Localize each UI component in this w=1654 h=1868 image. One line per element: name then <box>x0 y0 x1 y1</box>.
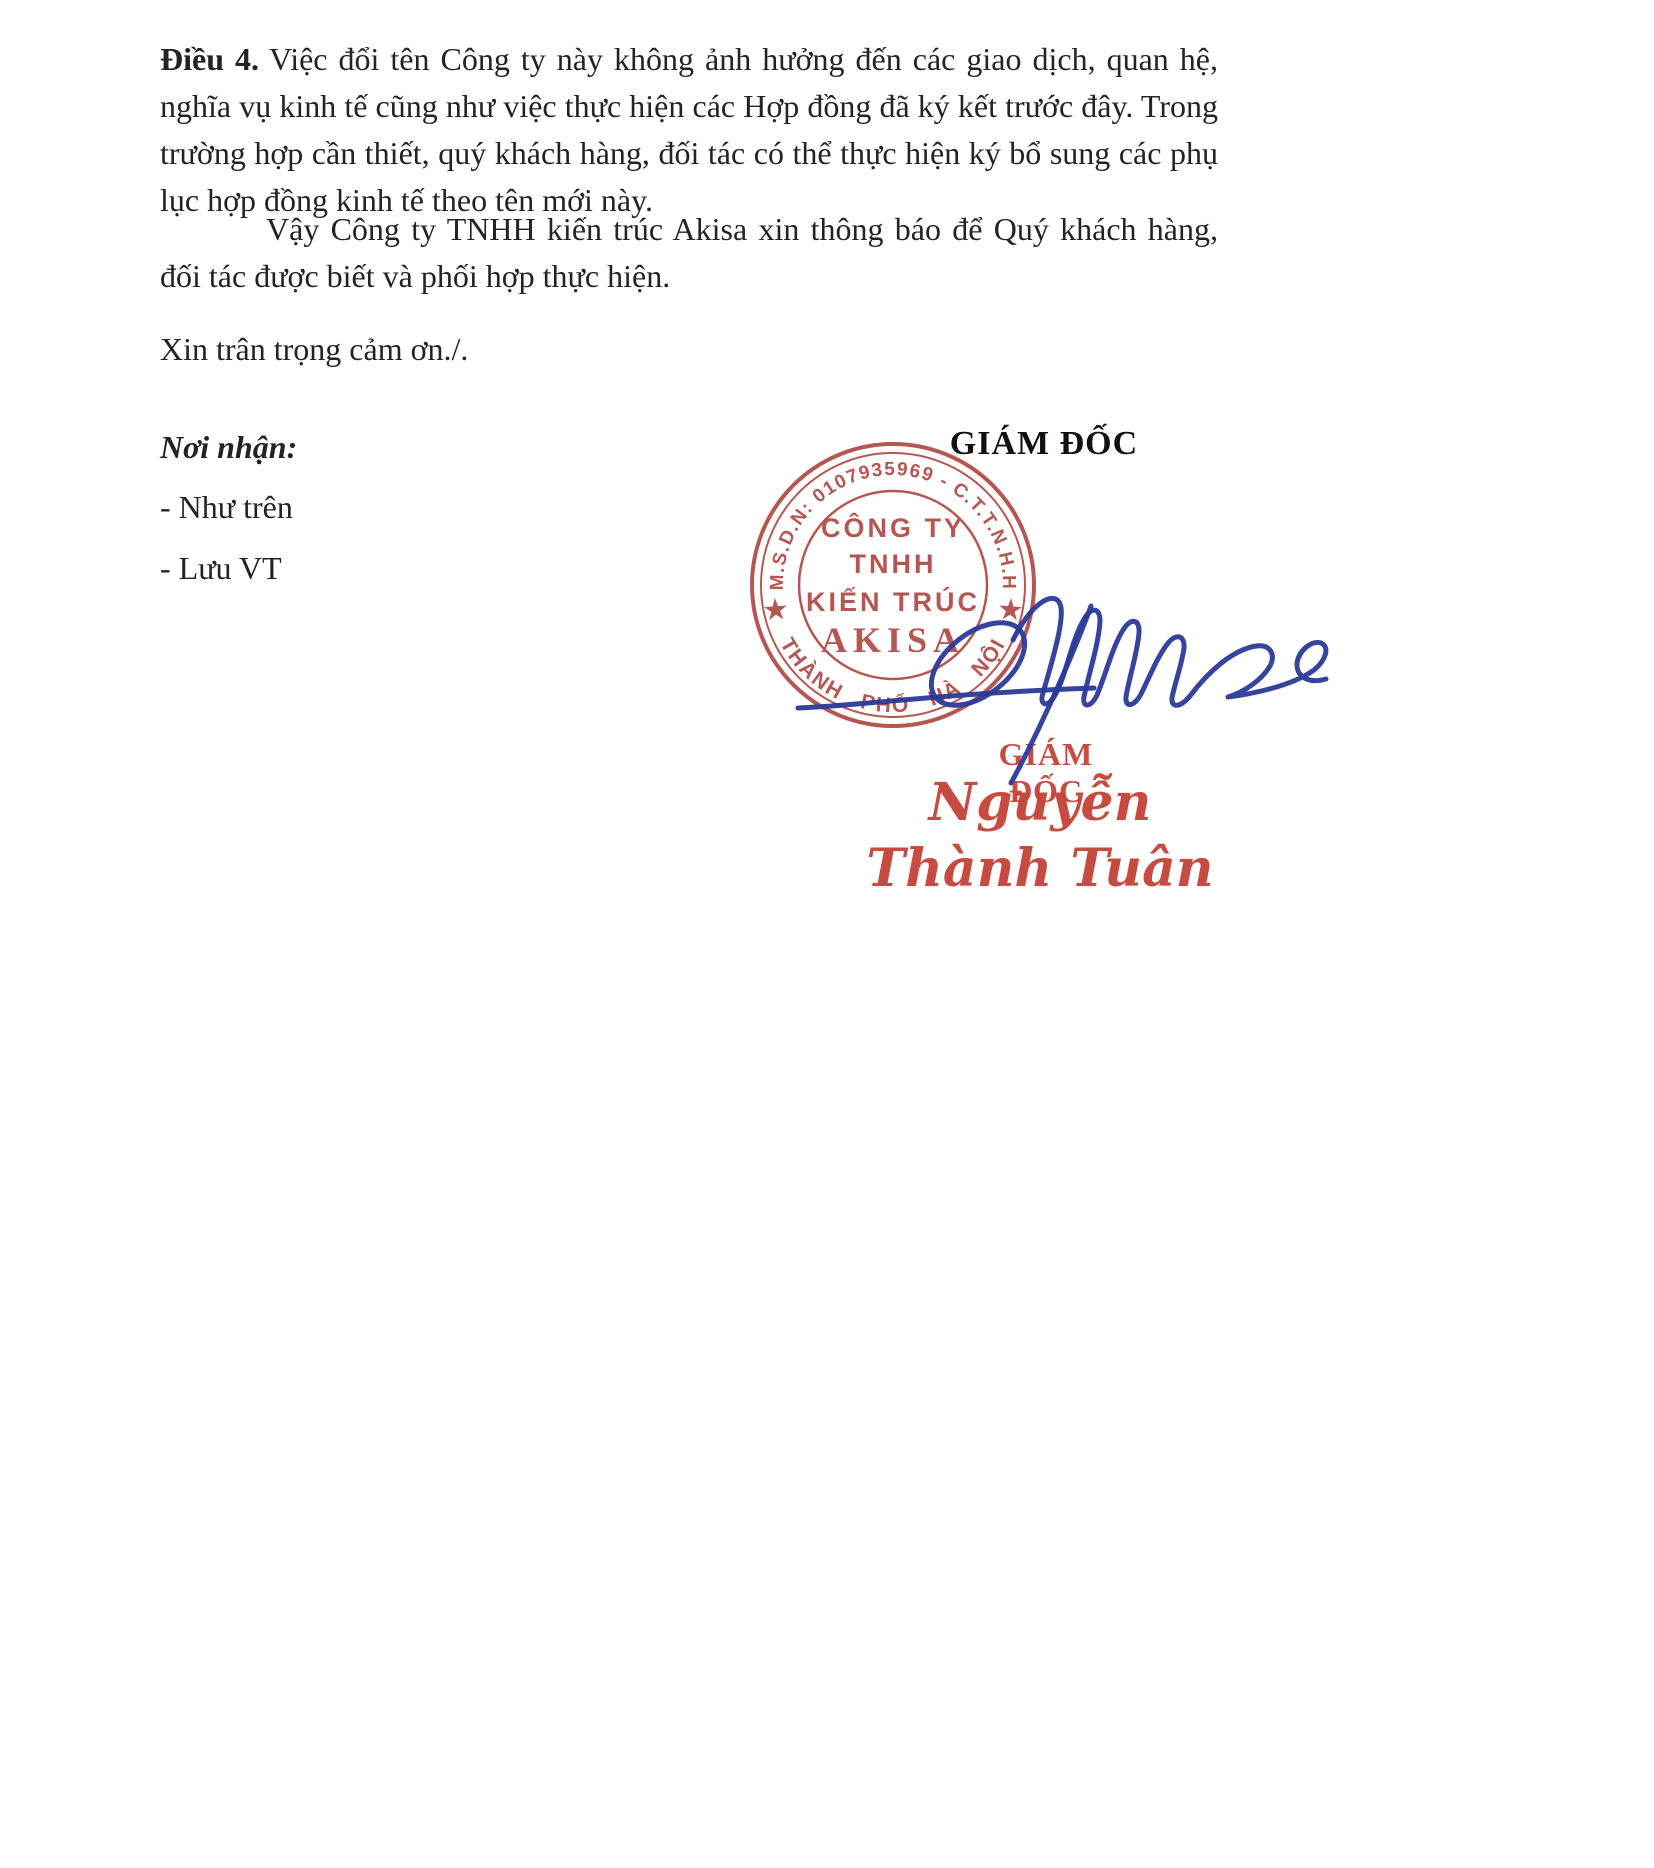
document-page: Điều 4.Việc đổi tên Công ty này không ản… <box>0 0 1654 1868</box>
signature-ink <box>760 588 1350 808</box>
notice-paragraph: Vậy Công ty TNHH kiến trúc Akisa xin thô… <box>160 206 1218 300</box>
stamp-line-cong-ty: CÔNG TY <box>821 512 965 543</box>
signature-scribble-stroke <box>1013 598 1326 705</box>
recipient-item-2: - Lưu VT <box>160 545 282 592</box>
thanks-line: Xin trân trọng cảm ơn./. <box>160 326 468 373</box>
article-text: Việc đổi tên Công ty này không ảnh hưởng… <box>160 41 1218 218</box>
signature-ink-strokes <box>760 588 1350 808</box>
recipient-item-1: - Như trên <box>160 484 293 531</box>
stamp-line-tnhh: TNHH <box>850 549 937 579</box>
article-paragraph: Điều 4.Việc đổi tên Công ty này không ản… <box>160 36 1218 224</box>
article-label: Điều 4. <box>160 41 259 77</box>
recipients-heading: Nơi nhận: <box>160 424 297 471</box>
